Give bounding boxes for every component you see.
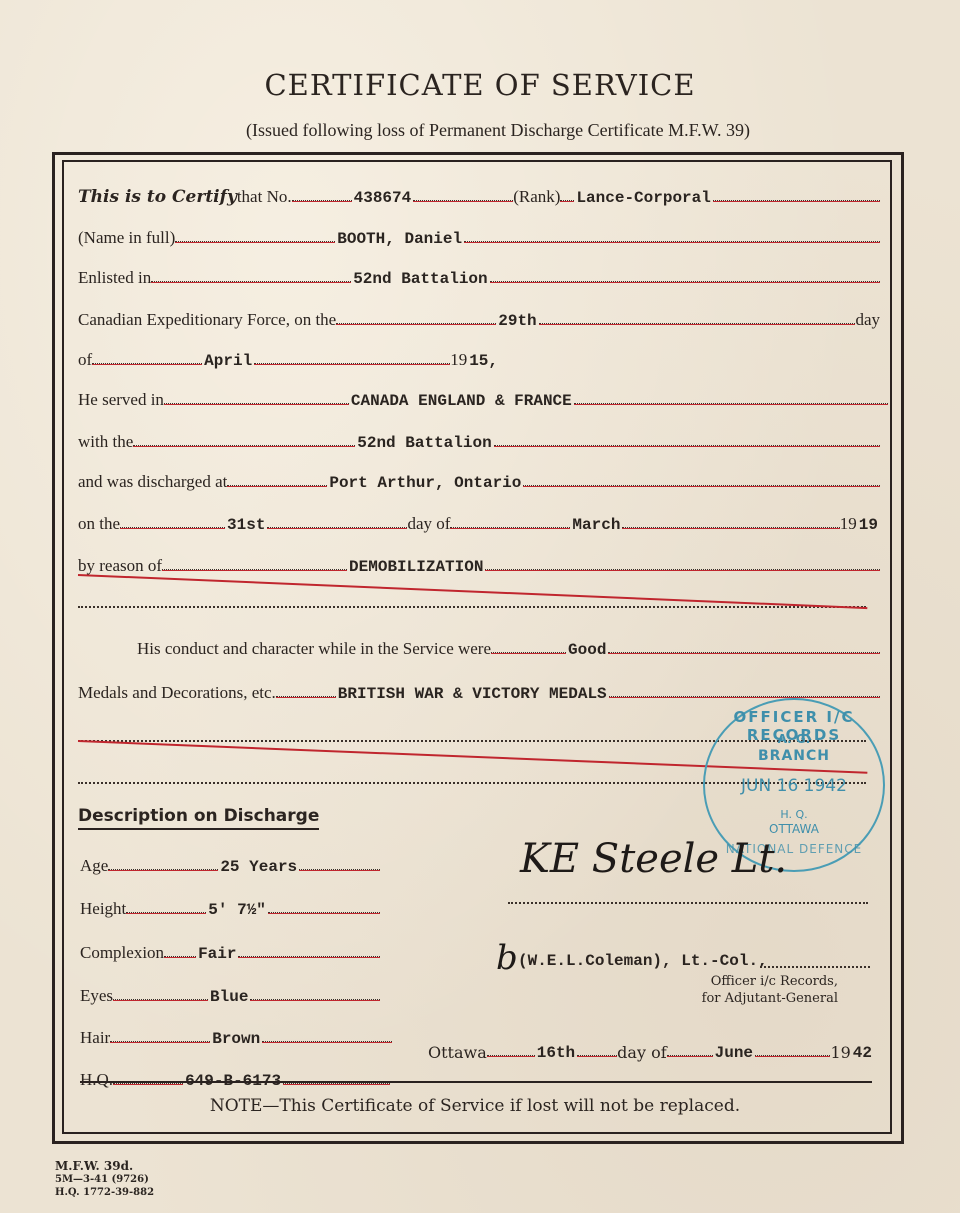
form-number: M.F.W. 39d. [55, 1160, 154, 1173]
hair-label: Hair [80, 1028, 110, 1048]
issue-day-of-label: day of [617, 1043, 666, 1062]
stamp-line-ag: A. G. [705, 732, 883, 746]
officer-title: Officer i/c Records, for Adjutant-Genera… [676, 973, 838, 1007]
served-in-value: CANADA ENGLAND & FRANCE [349, 392, 574, 410]
issue-day: 16th [535, 1044, 577, 1062]
name-row: (Name in full) BOOTH, Daniel [78, 222, 880, 248]
stamp-date: JUN 16 1942 [705, 776, 883, 796]
day-label: day [855, 310, 880, 330]
discharged-at-label: and was discharged at [78, 472, 227, 492]
discharged-at-row: and was discharged at Port Arthur, Ontar… [78, 466, 880, 492]
stamp-line-branch: BRANCH [705, 748, 883, 764]
reason-value: DEMOBILIZATION [347, 558, 485, 576]
description-heading: Description on Discharge [78, 806, 319, 830]
name-label: (Name in full) [78, 228, 175, 248]
height-row: Height 5' 7½" [80, 893, 380, 919]
day-of-label: day of [407, 514, 450, 534]
enlisted-unit: 52nd Battalion [351, 270, 489, 288]
issue-month: June [713, 1044, 755, 1062]
enlist-year: 15, [467, 352, 500, 370]
handwritten-signature: KE Steele Lt. [520, 836, 787, 882]
hq-label: H.Q. [80, 1070, 113, 1090]
conduct-value: Good [566, 641, 608, 659]
medals-label: Medals and Decorations, etc. [78, 683, 276, 703]
conduct-row: His conduct and character while in the S… [137, 633, 880, 659]
complexion-label: Complexion [80, 943, 164, 963]
served-in-label: He served in [78, 390, 164, 410]
discharge-year-prefix: 19 [840, 514, 857, 534]
stamp-line-hq: H. Q. [705, 808, 883, 821]
issue-year: 42 [851, 1044, 874, 1062]
complexion-row: Complexion Fair [80, 937, 380, 963]
reason-label: by reason of [78, 556, 162, 576]
officer-title-line1: Officer i/c Records, [676, 973, 838, 990]
age-label: Age [80, 856, 108, 876]
officer-title-line2: for Adjutant-General [676, 990, 838, 1007]
certify-label: This is to Certify [78, 187, 237, 207]
form-footer: M.F.W. 39d. 5M—3-41 (9726) H.Q. 1772-39-… [55, 1160, 154, 1199]
service-number: 438674 [352, 189, 414, 207]
issue-date-row: Ottawa 16th day of June 19 42 [428, 1036, 874, 1062]
rank-label: (Rank) [513, 187, 560, 207]
issue-place: Ottawa [428, 1043, 487, 1062]
height-label: Height [80, 899, 126, 919]
height-value: 5' 7½" [206, 901, 268, 919]
discharge-day: 31st [225, 516, 267, 534]
cef-label: Canadian Expeditionary Force, on the [78, 310, 336, 330]
cef-row: Canadian Expeditionary Force, on the 29t… [78, 304, 880, 330]
age-row: Age 25 Years [80, 850, 380, 876]
enlisted-label: Enlisted in [78, 268, 151, 288]
note-divider [80, 1081, 872, 1083]
reason-row: by reason of DEMOBILIZATION [78, 550, 880, 576]
stamp-line-ottawa: OTTAWA [705, 822, 883, 836]
complexion-value: Fair [196, 945, 238, 963]
with-the-row: with the 52nd Battalion [78, 426, 880, 452]
blank-dotted-line [78, 606, 866, 608]
discharge-month: March [570, 516, 622, 534]
signature-line [508, 902, 868, 904]
enlist-year-prefix: 19 [450, 350, 467, 370]
hq-row: H.Q. 649-B-6173 [80, 1064, 390, 1090]
document-subtitle: (Issued following loss of Permanent Disc… [0, 120, 960, 141]
enlist-month: April [202, 352, 254, 370]
served-unit: 52nd Battalion [355, 434, 493, 452]
on-the-label: on the [78, 514, 120, 534]
conduct-label: His conduct and character while in the S… [137, 639, 491, 659]
medals-row: Medals and Decorations, etc. BRITISH WAR… [78, 677, 880, 703]
enlist-day: 29th [496, 312, 538, 330]
discharge-date-row: on the 31st day of March 19 19 [78, 508, 880, 534]
name-value: BOOTH, Daniel [335, 230, 464, 248]
note-text: NOTE—This Certificate of Service if lost… [62, 1096, 888, 1116]
enlisted-row: Enlisted in 52nd Battalion [78, 262, 880, 288]
eyes-value: Blue [208, 988, 250, 1006]
hq-file-number: H.Q. 1772-39-882 [55, 1186, 154, 1199]
age-value: 25 Years [218, 858, 299, 876]
rank-value: Lance-Corporal [574, 189, 712, 207]
document-title: CERTIFICATE OF SERVICE [0, 68, 960, 102]
discharge-place: Port Arthur, Ontario [327, 474, 523, 492]
eyes-row: Eyes Blue [80, 980, 380, 1006]
of-label: of [78, 350, 92, 370]
issue-year-prefix: 19 [830, 1043, 850, 1062]
certify-row: This is to Certify that No. 438674 (Rank… [78, 181, 880, 207]
typed-officer-name: (W.E.L.Coleman), Lt.-Col., [518, 952, 768, 970]
hair-row: Hair Brown [80, 1022, 392, 1048]
enlist-month-row: of April 19 15, [78, 344, 500, 370]
eyes-label: Eyes [80, 986, 113, 1006]
medals-value: BRITISH WAR & VICTORY MEDALS [336, 685, 609, 703]
served-in-row: He served in CANADA ENGLAND & FRANCE [78, 384, 888, 410]
print-code: 5M—3-41 (9726) [55, 1173, 154, 1186]
hair-value: Brown [210, 1030, 262, 1048]
with-the-label: with the [78, 432, 133, 452]
that-no-label: that No. [237, 187, 292, 207]
discharge-year: 19 [857, 516, 880, 534]
initial-mark: b [496, 938, 518, 978]
